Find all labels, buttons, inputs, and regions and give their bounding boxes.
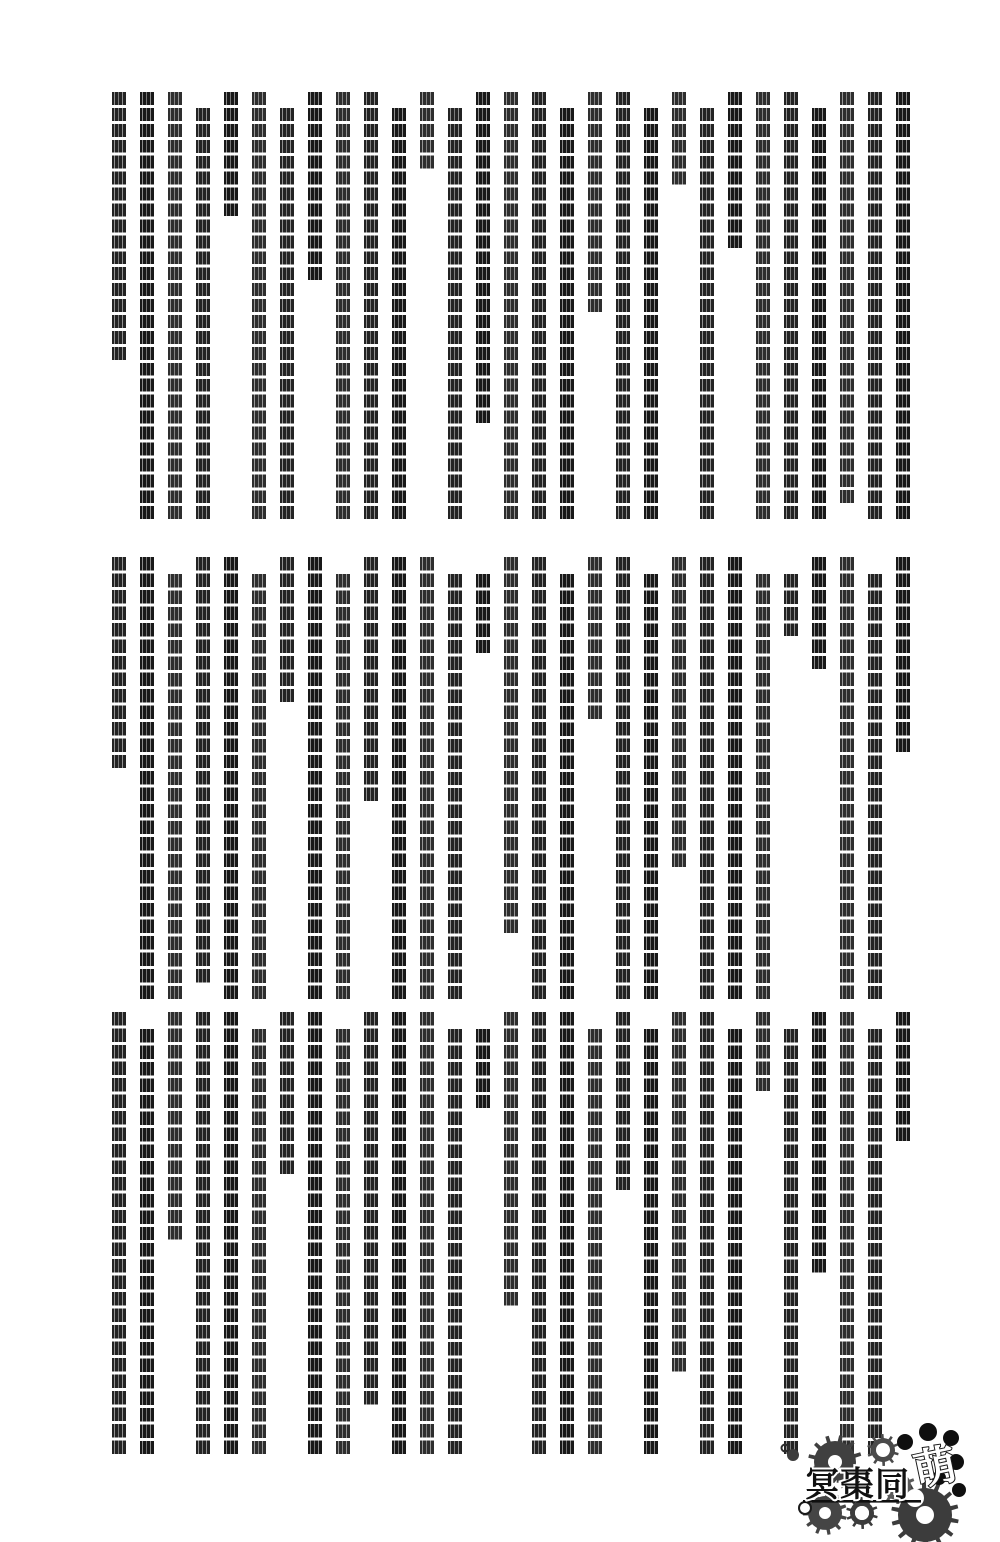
greeked-text-column (896, 557, 910, 752)
greeked-text-column (896, 92, 910, 519)
greeked-text-column (672, 92, 686, 185)
text-block-3 (112, 1012, 910, 1457)
greeked-text-column (588, 1029, 602, 1455)
greeked-text-column (504, 1012, 518, 1306)
greeked-text-column (672, 557, 686, 867)
greeked-text-column (224, 92, 238, 216)
greeked-text-column (252, 574, 266, 1000)
greeked-text-column (784, 574, 798, 637)
greeked-text-column (448, 1029, 462, 1455)
greeked-text-column (112, 557, 126, 768)
greeked-text-column (868, 574, 882, 1000)
watermark-text-accent: 萌 (909, 1439, 960, 1496)
greeked-text-column (336, 1029, 350, 1455)
gears-icon: 冥棗同 萌 (775, 1400, 1000, 1542)
greeked-text-column (868, 1029, 882, 1455)
greeked-text-column (280, 1012, 294, 1174)
greeked-text-column (672, 1012, 686, 1372)
greeked-text-column (700, 108, 714, 519)
greeked-text-column (812, 1012, 826, 1273)
greeked-text-column (448, 108, 462, 519)
greeked-text-column (728, 557, 742, 999)
greeked-text-column (364, 1012, 378, 1405)
scan-page: 冥棗同 萌 (0, 0, 1000, 1542)
greeked-text-column (560, 1012, 574, 1454)
greeked-text-column (336, 574, 350, 1000)
greeked-text-column (840, 557, 854, 999)
greeked-text-column (896, 1012, 910, 1141)
greeked-text-column (196, 1012, 210, 1454)
greeked-text-column (168, 574, 182, 1000)
greeked-text-column (504, 557, 518, 933)
greeked-text-column (112, 92, 126, 360)
greeked-text-column (784, 1029, 798, 1455)
greeked-text-column (196, 108, 210, 519)
greeked-text-column (812, 108, 826, 519)
greeked-text-column (616, 92, 630, 519)
greeked-text-column (420, 1012, 434, 1454)
greeked-text-column (476, 92, 490, 423)
greeked-text-column (112, 1012, 126, 1454)
greeked-text-column (616, 1012, 630, 1190)
greeked-text-column (560, 108, 574, 519)
greeked-text-column (756, 92, 770, 519)
greeked-text-column (392, 1012, 406, 1454)
greeked-text-column (392, 108, 406, 519)
greeked-text-column (420, 557, 434, 999)
greeked-text-column (420, 92, 434, 169)
greeked-text-column (336, 92, 350, 519)
greeked-text-column (308, 92, 322, 280)
greeked-text-column (784, 92, 798, 519)
greeked-text-column (280, 108, 294, 519)
scanlation-watermark: 冥棗同 萌 (775, 1400, 1000, 1542)
greeked-text-column (308, 1012, 322, 1454)
text-block-2 (112, 557, 910, 1002)
greeked-text-column (308, 557, 322, 999)
greeked-text-column (448, 574, 462, 1000)
greeked-text-column (252, 1029, 266, 1455)
greeked-text-column (756, 1012, 770, 1091)
greeked-text-column (840, 1012, 854, 1454)
greeked-text-column (644, 108, 658, 519)
greeked-text-column (168, 1012, 182, 1240)
greeked-text-column (868, 92, 882, 519)
greeked-text-column (224, 557, 238, 999)
greeked-text-column (616, 557, 630, 999)
greeked-text-column (364, 557, 378, 801)
greeked-text-column (476, 574, 490, 653)
greeked-text-column (728, 1029, 742, 1455)
greeked-text-column (700, 1012, 714, 1454)
greeked-text-column (532, 557, 546, 999)
greeked-text-column (560, 574, 574, 1000)
greeked-text-column (756, 574, 770, 1000)
greeked-text-column (224, 1012, 238, 1454)
greeked-text-column (504, 92, 518, 519)
greeked-text-column (532, 92, 546, 519)
greeked-text-column (644, 574, 658, 1000)
greeked-text-column (140, 1029, 154, 1455)
greeked-text-column (728, 92, 742, 248)
text-block-1 (112, 92, 910, 522)
greeked-text-column (840, 92, 854, 503)
greeked-text-column (168, 92, 182, 519)
watermark-text-main: 冥棗同 (805, 1465, 910, 1505)
greeked-text-column (532, 1012, 546, 1454)
greeked-text-column (280, 557, 294, 702)
greeked-text-column (588, 557, 602, 719)
greeked-text-column (252, 92, 266, 519)
greeked-text-column (196, 557, 210, 983)
greeked-text-column (588, 92, 602, 312)
greeked-text-column (812, 557, 826, 669)
greeked-text-column (140, 92, 154, 519)
greeked-text-column (700, 557, 714, 999)
greeked-text-column (476, 1029, 490, 1108)
greeked-text-column (364, 92, 378, 519)
greeked-text-column (392, 557, 406, 999)
greeked-text-column (644, 1029, 658, 1455)
greeked-text-column (140, 557, 154, 999)
